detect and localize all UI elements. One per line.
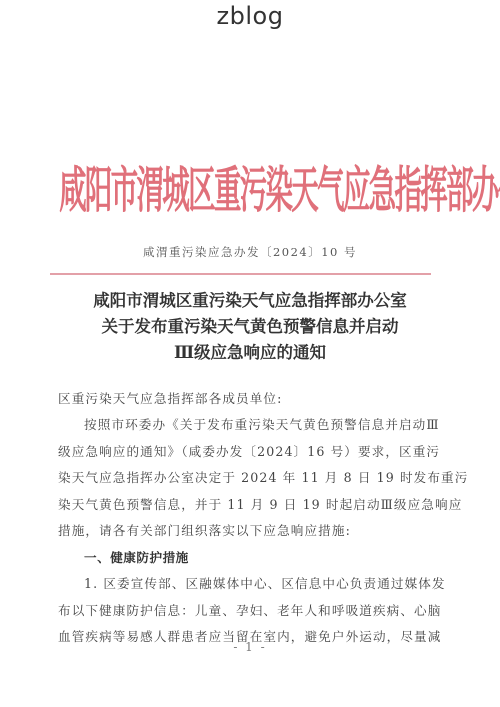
list-item-line: 布以下健康防护信息：儿童、孕妇、老年人和呼吸道疾病、心脑: [58, 598, 438, 625]
salutation: 区重污染天气应急指挥部各成员单位:: [58, 386, 438, 413]
watermark-label: zblog: [0, 0, 500, 32]
section-heading: 一、健康防护措施: [58, 545, 438, 572]
paragraph-line: 染天气应急指挥办公室决定于 2024 年 11 月 8 日 19 时发布重污: [58, 465, 438, 492]
title-line: Ⅲ级应急响应的通知: [0, 340, 500, 366]
page-number: - 1 -: [0, 640, 500, 654]
title-line: 咸阳市渭城区重污染天气应急指挥部办公室: [0, 288, 500, 314]
title-line: 关于发布重污染天气黄色预警信息并启动: [0, 314, 500, 340]
document-number: 咸渭重污染应急办发〔2024〕10 号: [0, 244, 500, 260]
body-content: 按照市环委办《关于发布重污染天气黄色预警信息并启动Ⅲ 级应急响应的通知》（咸委办…: [58, 412, 438, 651]
issuer-header: 咸阳市渭城区重污染天气应急指挥部办公室文件: [59, 144, 441, 237]
header-divider: [50, 273, 431, 275]
list-item-line: 1. 区委宣传部、区融媒体中心、区信息中心负责通过媒体发: [58, 571, 438, 598]
paragraph-line: 按照市环委办《关于发布重污染天气黄色预警信息并启动Ⅲ: [58, 412, 438, 439]
paragraph-line: 级应急响应的通知》（咸委办发〔2024〕16 号）要求，区重污: [58, 439, 438, 466]
paragraph-line: 措施，请各有关部门组织落实以下应急响应措施:: [58, 518, 438, 545]
paragraph-line: 染天气黄色预警信息，并于 11 月 9 日 19 时起启动Ⅲ级应急响应: [58, 492, 438, 519]
document-title: 咸阳市渭城区重污染天气应急指挥部办公室 关于发布重污染天气黄色预警信息并启动 Ⅲ…: [0, 288, 500, 366]
